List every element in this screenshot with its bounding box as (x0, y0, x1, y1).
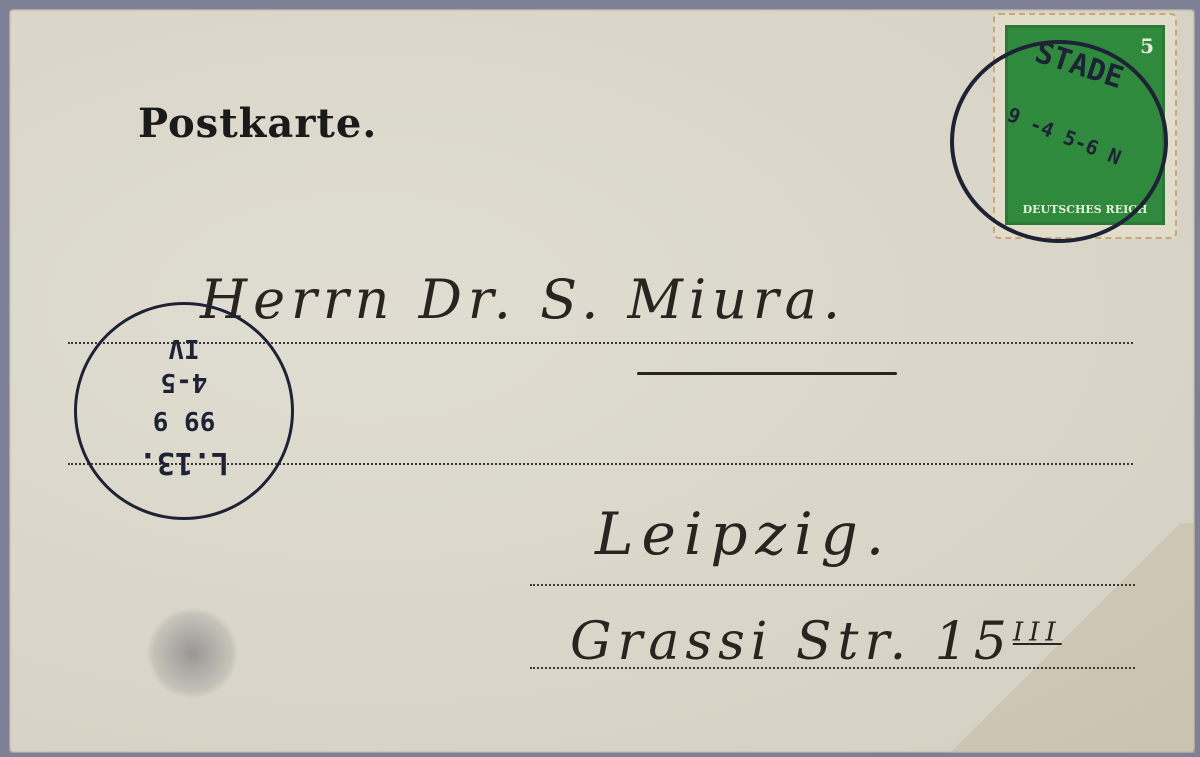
recipient-name: Herrn Dr. S. Miura. (200, 268, 846, 331)
stamp-denomination: 5 (1140, 34, 1154, 58)
departure-postmark-date: 9 -4 5-6 N (1004, 102, 1125, 169)
street-floor: III (1013, 618, 1062, 648)
arrival-postmark-line-2: 99 9 (77, 405, 291, 435)
departure-postmark: STADE 9 -4 5-6 N (950, 40, 1168, 243)
ink-smudge (145, 608, 240, 698)
arrival-postmark-line-4: IV (77, 333, 291, 363)
recipient-street: Grassi Str. 15III (570, 612, 1062, 672)
recipient-city: Leipzig. (595, 500, 892, 568)
postcard-heading: Postkarte. (138, 100, 377, 147)
recipient-underline (637, 372, 897, 375)
arrival-postmark: IV 4-5 99 9 L.13. (74, 302, 294, 520)
arrival-postmark-line-3: 4-5 (77, 367, 291, 397)
arrival-postmark-line-1: L.13. (77, 445, 291, 480)
address-line-3 (530, 584, 1135, 586)
street-text: Grassi Str. 15 (570, 612, 1013, 672)
